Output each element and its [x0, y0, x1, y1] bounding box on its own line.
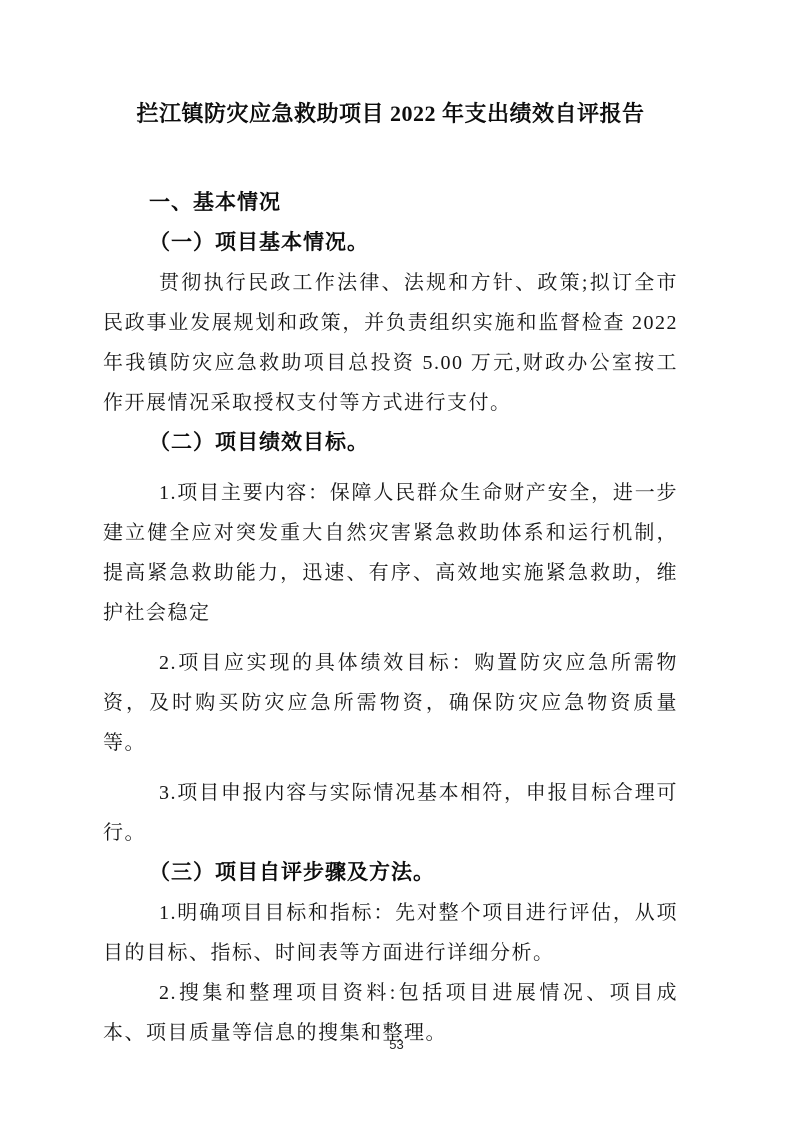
- section-heading-basic-situation: 一、基本情况: [103, 183, 678, 223]
- subsection-heading-self-eval-method: （三）项目自评步骤及方法。: [103, 853, 678, 893]
- document-content: 拦江镇防灾应急救助项目 2022 年支出绩效自评报告 一、基本情况 （一）项目基…: [103, 93, 678, 1053]
- page-number: 53: [0, 1036, 793, 1054]
- document-page: 拦江镇防灾应急救助项目 2022 年支出绩效自评报告 一、基本情况 （一）项目基…: [0, 0, 793, 1122]
- body-paragraph-goal-item-1: 1.项目主要内容：保障人民群众生命财产安全，进一步建立健全应对突发重大自然灾害紧…: [103, 473, 678, 633]
- subsection-heading-project-basic-info: （一）项目基本情况。: [103, 223, 678, 263]
- body-paragraph-project-basic-info: 贯彻执行民政工作法律、法规和方针、政策;拟订全市民政事业发展规划和政策，并负责组…: [103, 263, 678, 423]
- document-title: 拦江镇防灾应急救助项目 2022 年支出绩效自评报告: [103, 93, 678, 135]
- body-paragraph-goal-item-3: 3.项目申报内容与实际情况基本相符，申报目标合理可行。: [103, 773, 678, 853]
- body-paragraph-method-item-1: 1.明确项目目标和指标：先对整个项目进行评估，从项目的目标、指标、时间表等方面进…: [103, 893, 678, 973]
- body-paragraph-goal-item-2: 2.项目应实现的具体绩效目标：购置防灾应急所需物资，及时购买防灾应急所需物资，确…: [103, 643, 678, 763]
- subsection-heading-performance-goals: （二）项目绩效目标。: [103, 423, 678, 463]
